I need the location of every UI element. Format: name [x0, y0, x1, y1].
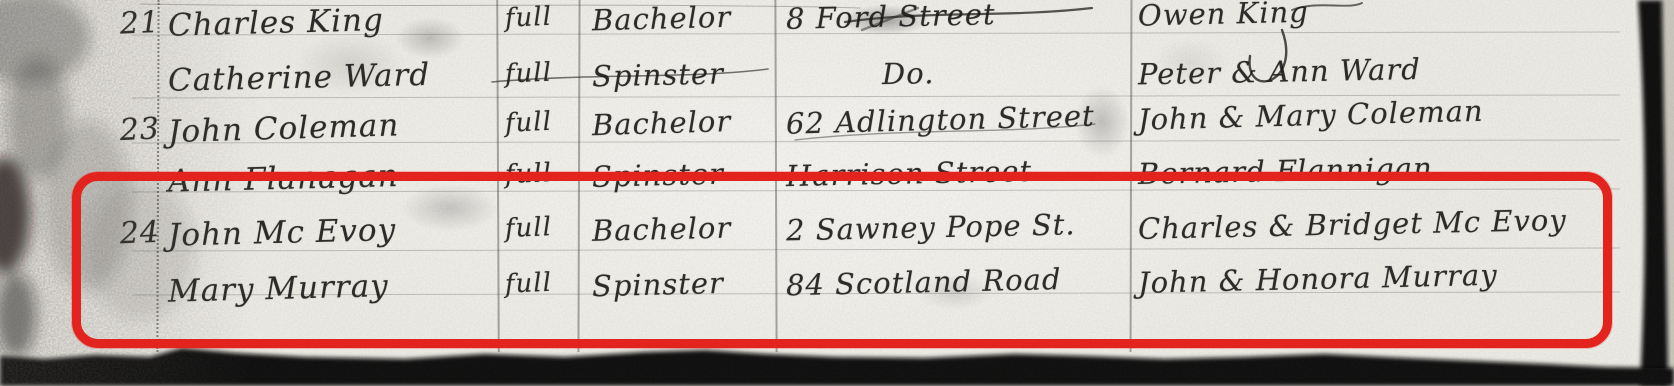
residence-entry: Do.: [882, 56, 935, 91]
entry-number: 21: [103, 5, 160, 42]
parents-names: John & Mary Coleman: [1137, 94, 1483, 137]
condition-entry: Spinster: [592, 56, 725, 93]
residence-entry: 8 Ford Street: [786, 0, 996, 36]
person-name: John Coleman: [167, 107, 399, 150]
condition-entry: Bachelor: [591, 104, 731, 142]
register-page-scan: 21 Charles King full Bachelor 8 Ford Str…: [0, 0, 1674, 386]
highlight-box: [72, 172, 1612, 348]
age-entry: full: [504, 107, 552, 139]
age-entry: full: [504, 2, 552, 34]
entry-number: [104, 60, 160, 62]
parents-names: Owen King: [1138, 0, 1310, 33]
person-name: Catherine Ward: [168, 57, 431, 99]
register-line: 21 Charles King full Bachelor 8 Ford Str…: [0, 0, 1674, 55]
condition-entry: Bachelor: [592, 0, 732, 37]
parents-names: Peter & Ann Ward: [1138, 52, 1421, 91]
age-entry: full: [504, 58, 552, 90]
entry-number: 23: [103, 111, 161, 149]
entry-number: [104, 161, 160, 163]
residence-entry: 62 Adlington Street: [786, 99, 1096, 141]
person-name: Charles King: [168, 2, 385, 44]
